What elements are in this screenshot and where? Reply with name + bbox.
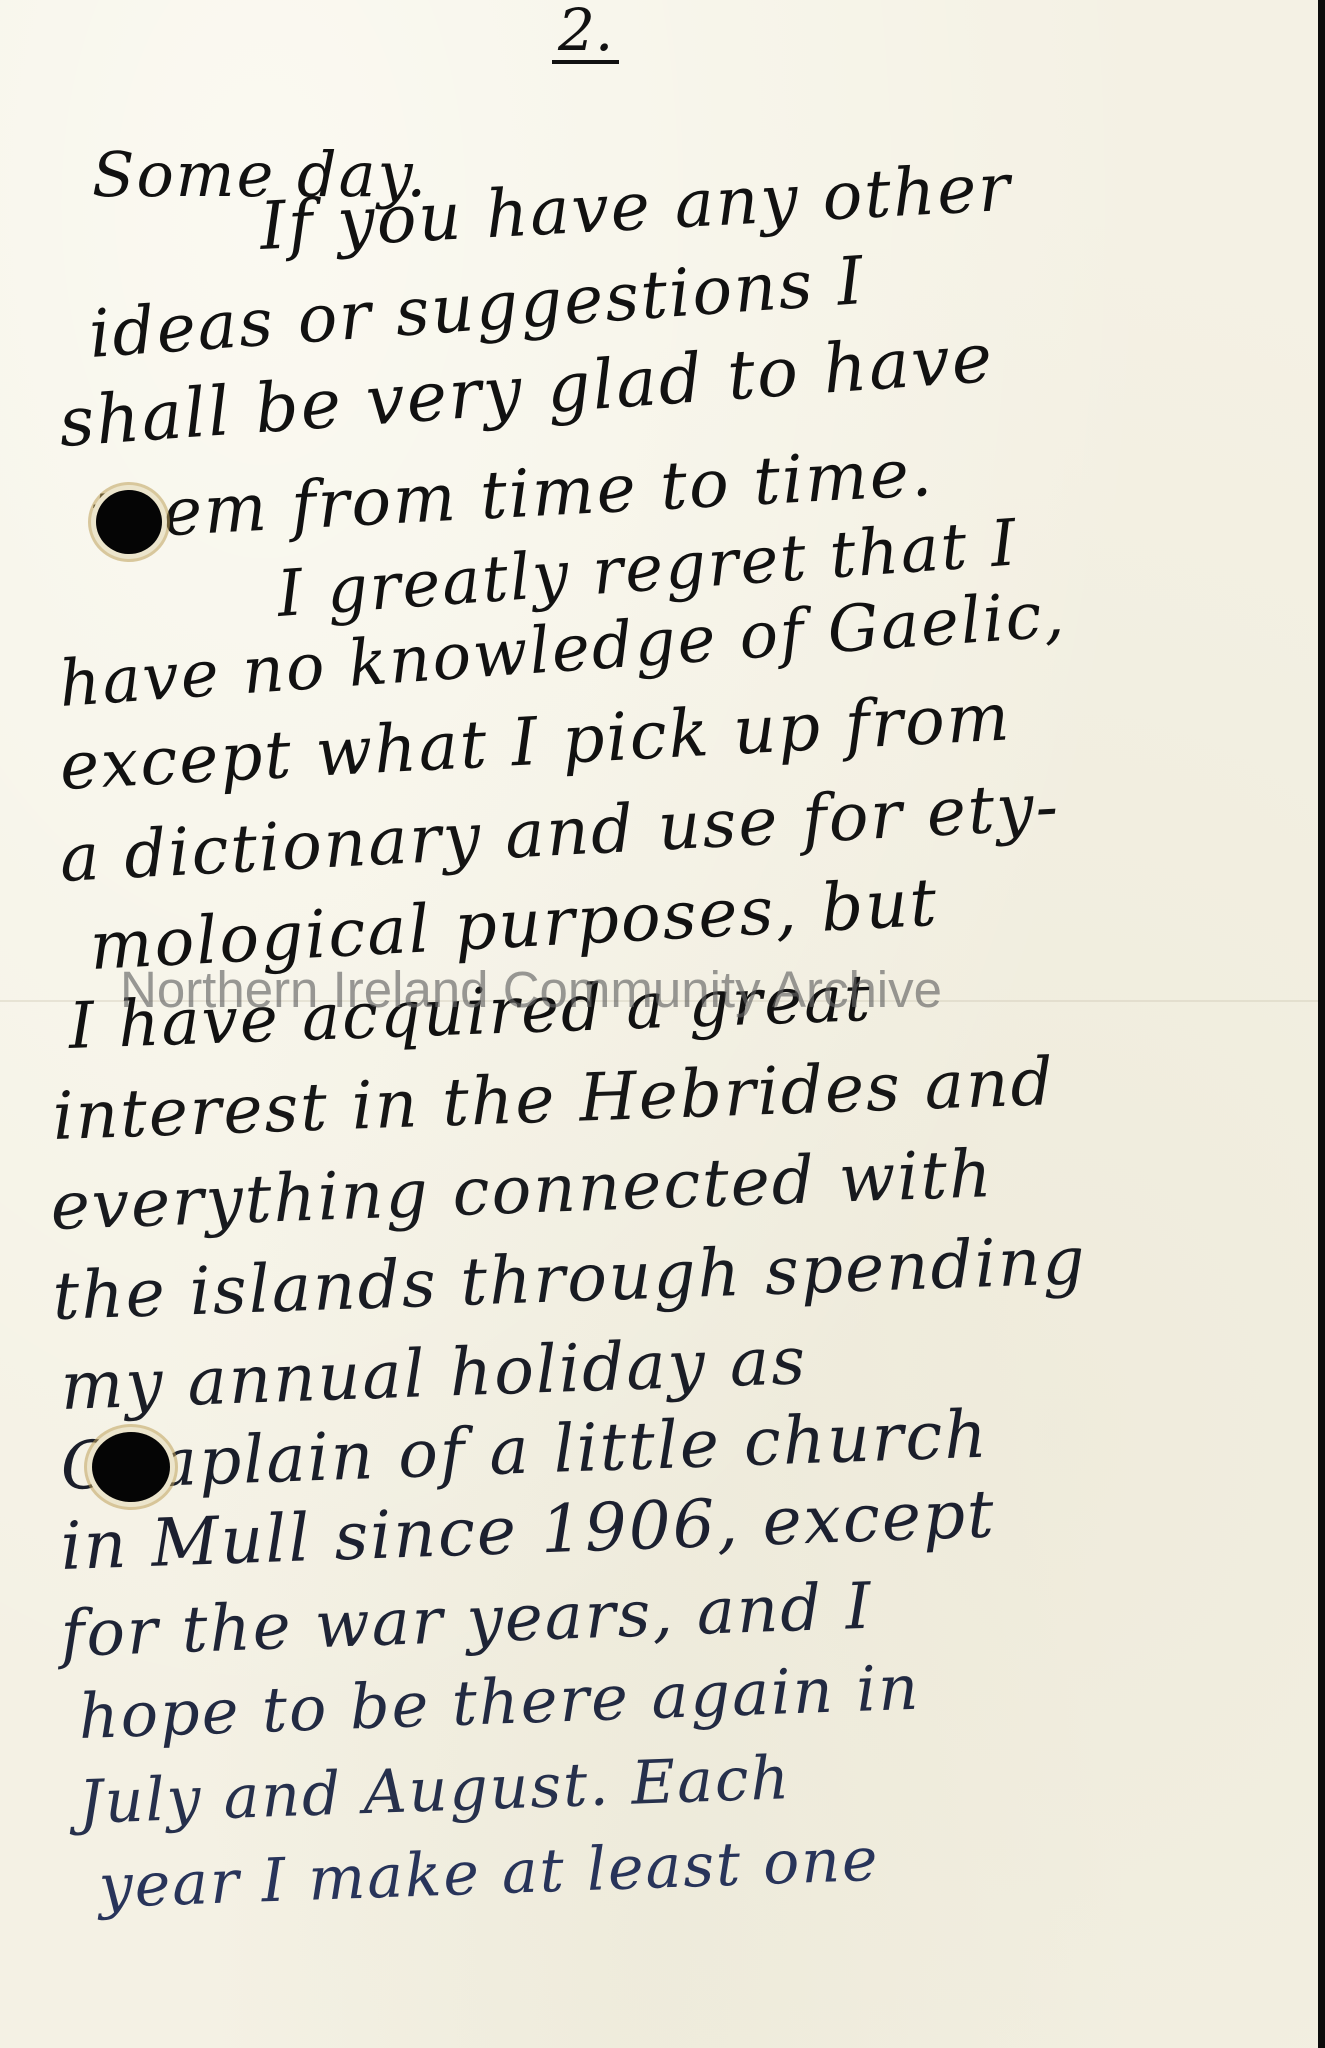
letter-page: 2. Some day. If you have any other ideas… — [0, 0, 1318, 2048]
punch-hole-icon — [92, 1432, 170, 1502]
page-number: 2. — [552, 0, 619, 64]
letter-line: everything connected with — [49, 1135, 994, 1245]
scan-edge-border — [1318, 0, 1325, 2048]
letter-line: July and August. Each — [78, 1743, 793, 1838]
punch-hole-icon — [96, 490, 162, 554]
letter-line: year I make at least one — [98, 1825, 881, 1922]
